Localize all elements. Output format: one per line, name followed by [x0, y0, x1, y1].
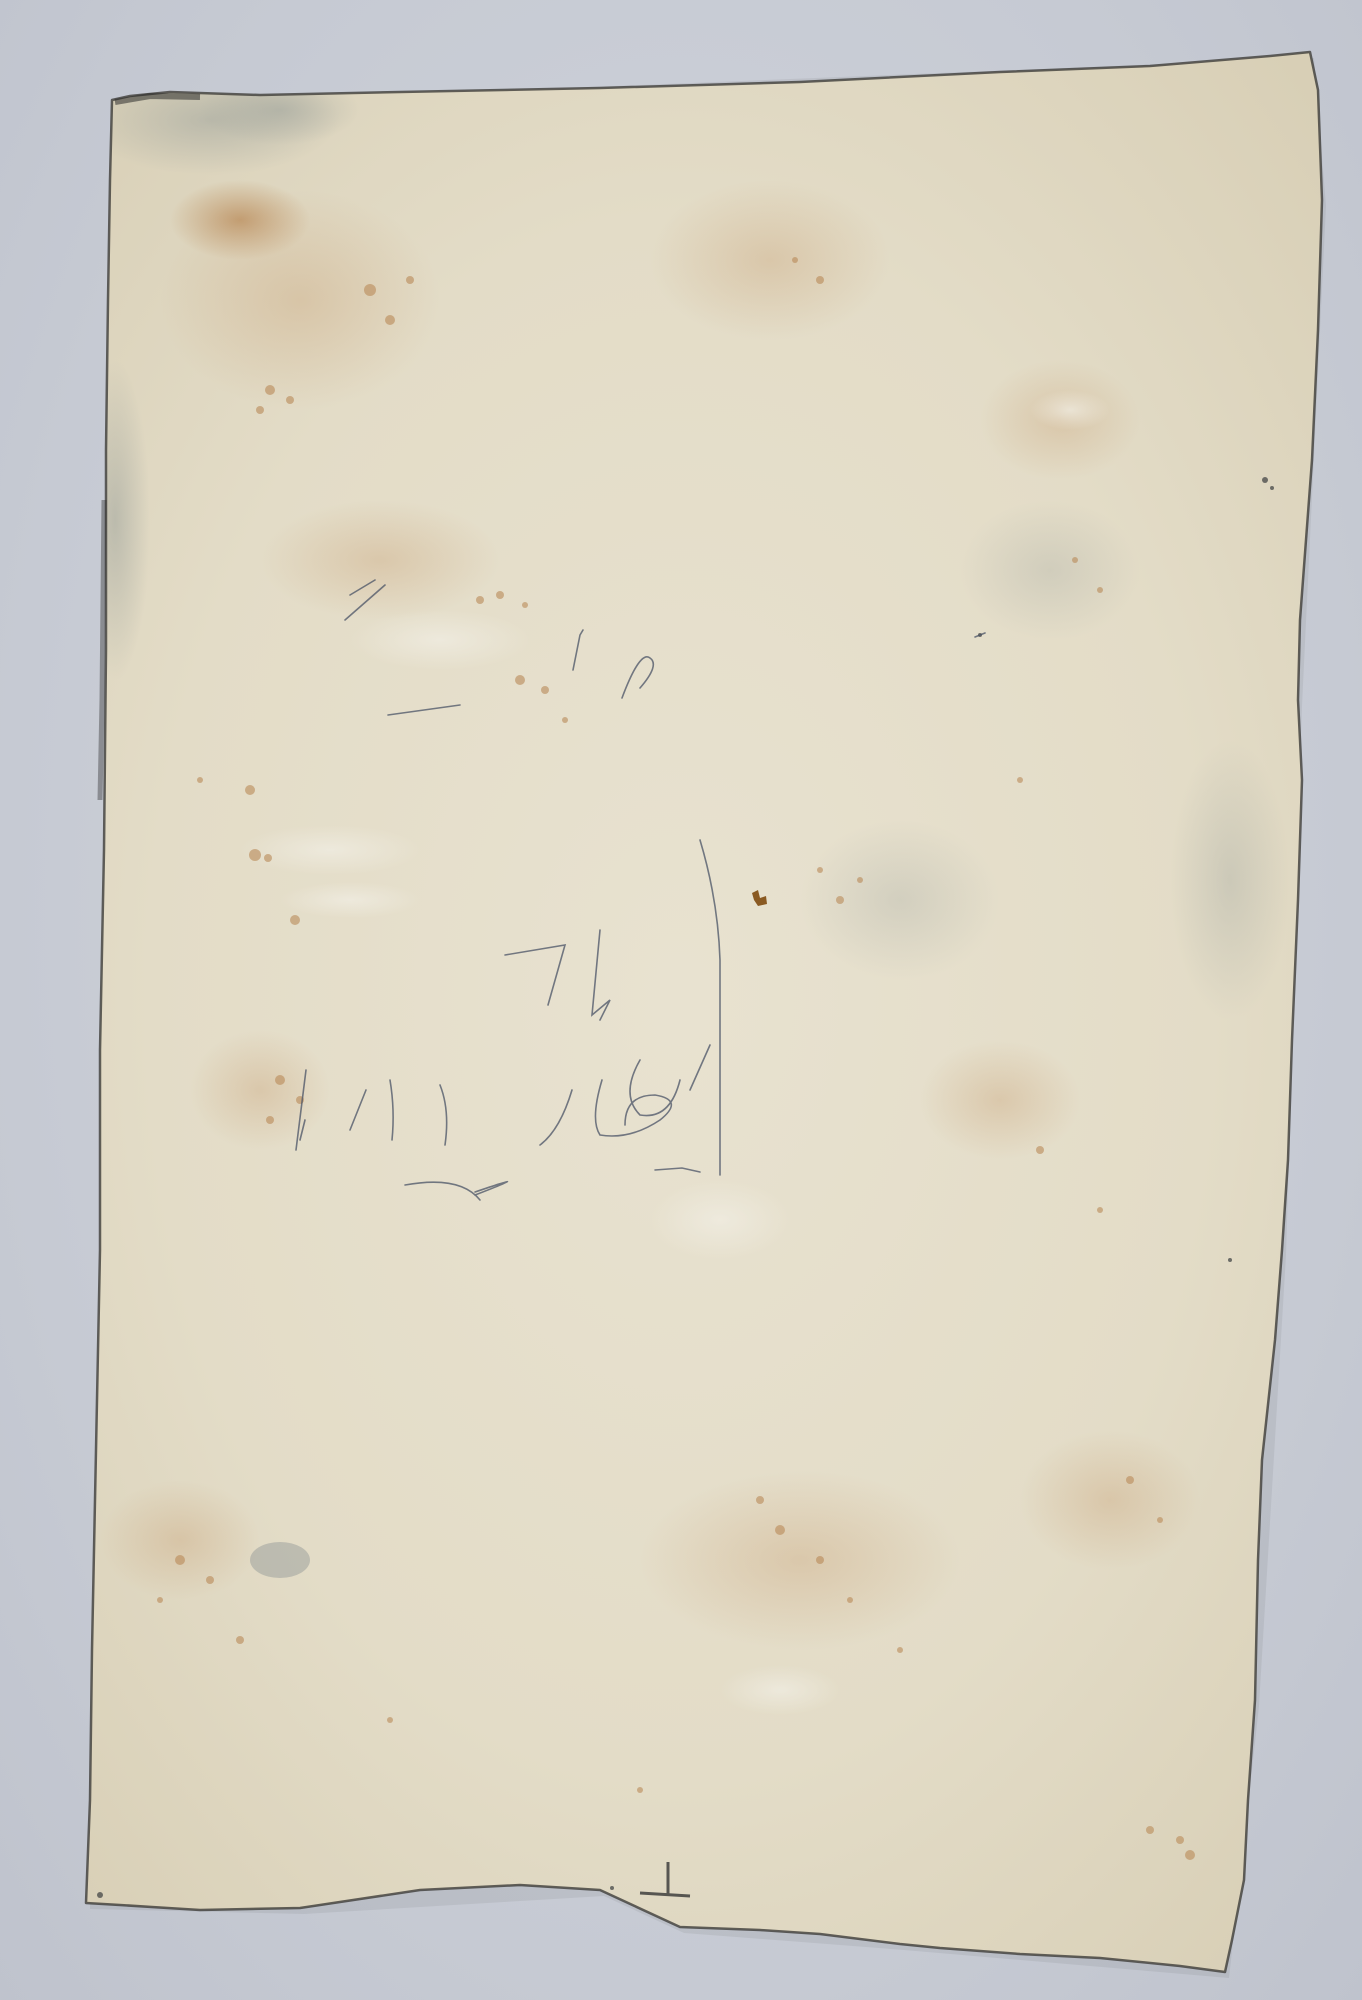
paper-surface	[0, 0, 1362, 2000]
paper-sheet	[0, 0, 1362, 2000]
